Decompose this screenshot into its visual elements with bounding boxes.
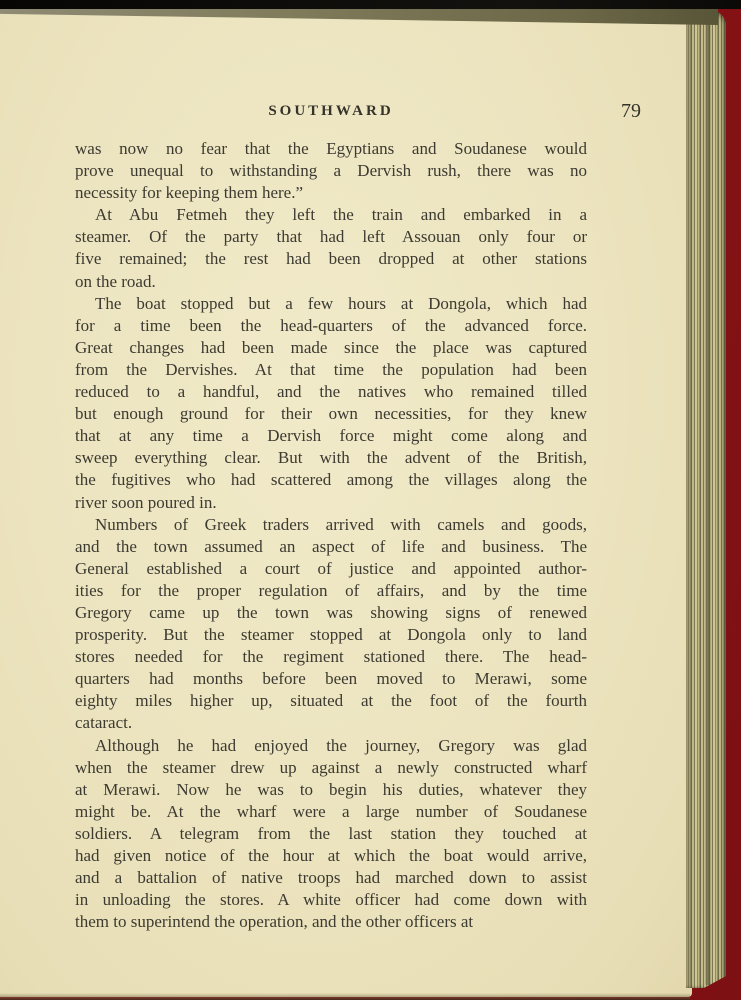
paragraph: was now no fear that the Egyptians and S… xyxy=(75,138,587,204)
paragraph: Numbers of Greek traders arrived with ca… xyxy=(75,514,587,735)
text-line: eighty miles higher up, situated at the … xyxy=(75,690,587,712)
text-line: for a time been the head-quarters of the… xyxy=(75,315,587,337)
running-header-title: SOUTHWARD xyxy=(75,103,587,120)
scanned-book-photo: SOUTHWARD 79 was now no fear that the Eg… xyxy=(0,0,741,1000)
text-line: The boat stopped but a few hours at Dong… xyxy=(75,293,587,315)
body-text: was now no fear that the Egyptians and S… xyxy=(75,138,587,933)
text-line: prove unequal to withstanding a Dervish … xyxy=(75,160,587,182)
running-header: SOUTHWARD 79 xyxy=(75,100,587,124)
text-line: and a battalion of native troops had mar… xyxy=(75,867,587,889)
text-line: cataract. xyxy=(75,712,587,734)
text-line: General established a court of justice a… xyxy=(75,558,587,580)
text-line: from the Dervishes. At that time the pop… xyxy=(75,359,587,381)
text-line: on the road. xyxy=(75,271,587,293)
text-line: quarters had months before been moved to… xyxy=(75,668,587,690)
text-line: stores needed for the regiment stationed… xyxy=(75,646,587,668)
text-line: in unloading the stores. A white officer… xyxy=(75,889,587,911)
text-line: that at any time a Dervish force might c… xyxy=(75,425,587,447)
text-line: river soon poured in. xyxy=(75,492,587,514)
text-line: reduced to a handful, and the natives wh… xyxy=(75,381,587,403)
book-gutter-shadow xyxy=(0,0,741,9)
text-line: the fugitives who had scattered among th… xyxy=(75,469,587,491)
text-line: when the steamer drew up against a newly… xyxy=(75,757,587,779)
text-line: Great changes had been made since the pl… xyxy=(75,337,587,359)
text-line: Numbers of Greek traders arrived with ca… xyxy=(75,514,587,536)
text-line: them to superintend the operation, and t… xyxy=(75,911,587,933)
paragraph: Although he had enjoyed the journey, Gre… xyxy=(75,735,587,934)
text-line: steamer. Of the party that had left Asso… xyxy=(75,226,587,248)
text-line: At Abu Fetmeh they left the train and em… xyxy=(75,204,587,226)
text-line: prosperity. But the steamer stopped at D… xyxy=(75,624,587,646)
text-line: soldiers. A telegram from the last stati… xyxy=(75,823,587,845)
paragraph: The boat stopped but a few hours at Dong… xyxy=(75,293,587,514)
text-line: but enough ground for their own necessit… xyxy=(75,403,587,425)
text-line: five remained; the rest had been dropped… xyxy=(75,248,587,270)
page-number: 79 xyxy=(621,100,641,123)
text-line: was now no fear that the Egyptians and S… xyxy=(75,138,587,160)
text-line: Although he had enjoyed the journey, Gre… xyxy=(75,735,587,757)
page-bottom-edge-shadow xyxy=(0,993,690,1000)
text-line: necessity for keeping them here.” xyxy=(75,182,587,204)
text-line: had given notice of the hour at which th… xyxy=(75,845,587,867)
text-line: sweep everything clear. But with the adv… xyxy=(75,447,587,469)
text-line: ities for the proper regulation of affai… xyxy=(75,580,587,602)
page-text-column: SOUTHWARD 79 was now no fear that the Eg… xyxy=(75,100,587,933)
fore-edge-dark-stripe xyxy=(704,10,711,985)
paragraph: At Abu Fetmeh they left the train and em… xyxy=(75,204,587,292)
text-line: at Merawi. Now he was to begin his dutie… xyxy=(75,779,587,801)
text-line: Gregory came up the town was showing sig… xyxy=(75,602,587,624)
text-line: might be. At the wharf were a large numb… xyxy=(75,801,587,823)
text-line: and the town assumed an aspect of life a… xyxy=(75,536,587,558)
